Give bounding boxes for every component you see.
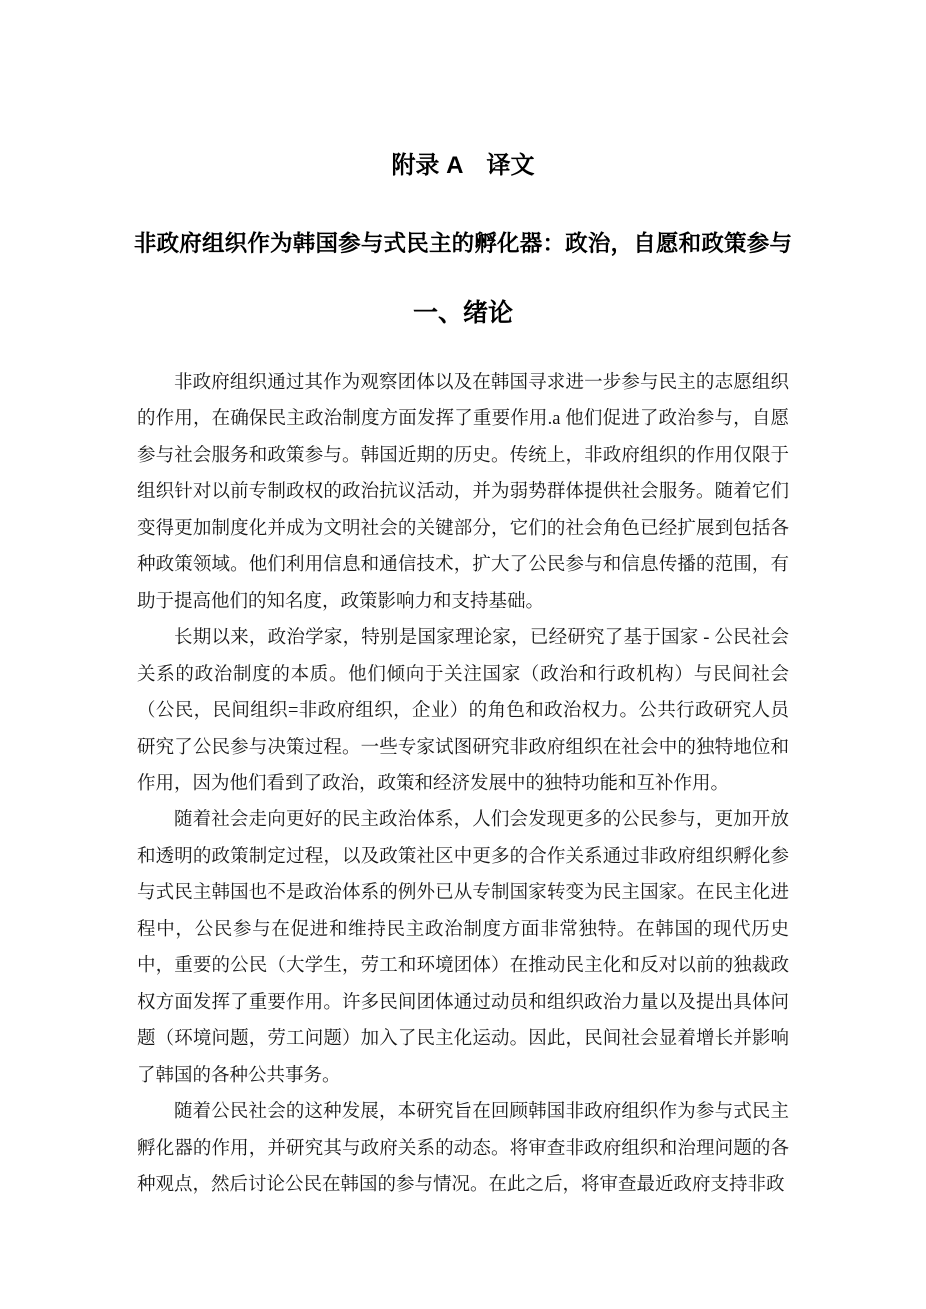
section-heading: 一、绪论	[0, 299, 926, 328]
paragraph: 长期以来，政治学家，特别是国家理论家，已经研究了基于国家 - 公民社会关系的政治…	[137, 620, 789, 802]
appendix-title: 附录 A 译文	[0, 152, 926, 180]
document-page: 附录 A 译文 非政府组织作为韩国参与式民主的孵化器：政治，自愿和政策参与 一、…	[0, 0, 926, 1309]
paragraph: 随着公民社会的这种发展，本研究旨在回顾韩国非政府组织作为参与式民主孵化器的作用，…	[137, 1094, 789, 1203]
paragraph: 非政府组织通过其作为观察团体以及在韩国寻求进一步参与民主的志愿组织的作用，在确保…	[137, 365, 789, 620]
document-body: 非政府组织通过其作为观察团体以及在韩国寻求进一步参与民主的志愿组织的作用，在确保…	[137, 365, 789, 1203]
article-title: 非政府组织作为韩国参与式民主的孵化器：政治，自愿和政策参与	[118, 231, 808, 257]
paragraph: 随着社会走向更好的民主政治体系，人们会发现更多的公民参与，更加开放和透明的政策制…	[137, 802, 789, 1094]
